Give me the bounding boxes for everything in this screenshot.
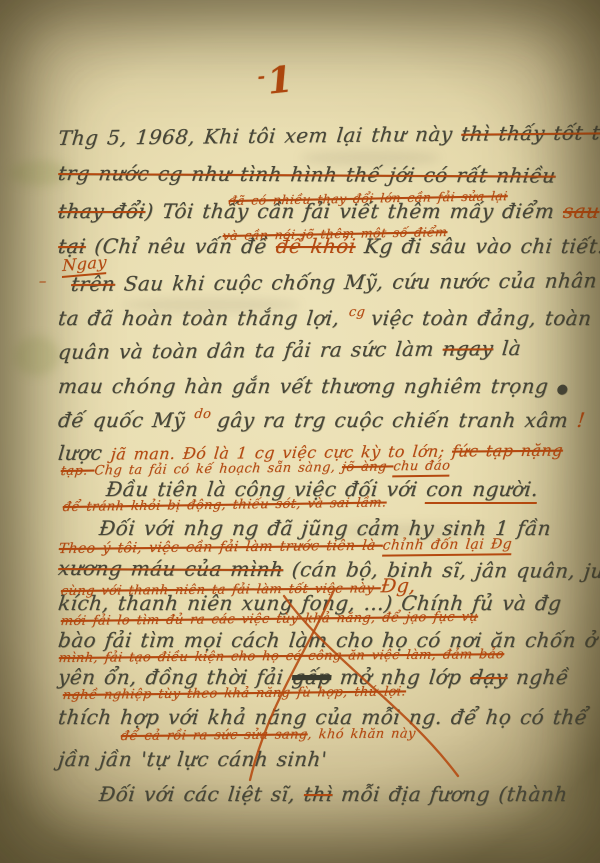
black-ink-segment: trên: [70, 272, 116, 296]
black-ink-segment: (Chỉ nêu vấn đề: [85, 234, 278, 258]
manuscript-line: đế quốc Mỹ do gây ra trg cuộc chiến tran…: [57, 408, 587, 432]
manuscript-line: nghề nghiệp tùy theo khả năng fù hợp, th…: [62, 684, 407, 703]
red-ink-segment: để cả rồi ra sức sửa sang: [120, 727, 308, 744]
black-ink-segment: việc toàn đảng, toàn: [370, 306, 593, 330]
manuscript-line: jần jần 'tự lực cánh sinh': [57, 747, 328, 771]
black-ink-segment: thay đổi: [57, 199, 147, 223]
paper-smudge: [14, 336, 60, 376]
manuscript-line: Đối với các liệt sĩ, thì mỗi địa fương (…: [98, 782, 569, 806]
red-ink-segment: để tránh khỏi bị động, thiếu sót, và sai…: [62, 495, 387, 515]
manuscript-line: trên Sau khi cuộc chống Mỹ, cứu nước của…: [70, 268, 600, 296]
manuscript-line: tại (Chỉ nêu vấn đề để khỏi Kg đi sâu và…: [57, 234, 600, 258]
black-ink-segment: ) Tôi thấy cần fải viết thêm mấy điểm: [144, 199, 564, 223]
black-ink-segment: jần jần 'tự lực cánh sinh': [57, 747, 328, 771]
black-ink-segment: Đối với các liệt sĩ,: [98, 782, 305, 806]
black-ink-segment: dạy: [469, 665, 509, 689]
black-ink-segment: gây ra trg cuộc chiến tranh xâm: [216, 408, 569, 432]
manuscript-line: quân và toàn dân ta fải ra sức làm ngay …: [57, 336, 522, 364]
black-ink-segment: con người.: [425, 477, 540, 504]
black-ink-segment: ●: [556, 382, 569, 397]
black-ink-segment: thì thấy tốt tùl: [460, 120, 600, 146]
red-ink-segment: nghề nghiệp tùy theo khả năng fù hợp, th…: [62, 684, 407, 703]
red-ink-segment: để khỏi: [275, 234, 357, 258]
manuscript-line: –: [38, 272, 48, 290]
black-ink-segment: là: [492, 336, 522, 360]
red-ink-segment: cg: [348, 305, 373, 320]
black-ink-segment: đế quốc Mỹ: [57, 408, 195, 432]
manuscript-line: mau chóng hàn gắn vết thương nghiêm trọn…: [57, 374, 570, 398]
red-ink-segment: sau: [562, 199, 600, 223]
red-ink-segment: chỉnh đốn lại Đg: [382, 536, 513, 556]
black-ink-segment: thì: [303, 782, 334, 806]
black-ink-segment: mau chóng hàn gắn vết thương nghiêm trọn…: [57, 374, 558, 398]
red-ink-segment: mình, fải tạo điều kiện cho họ có công ă…: [58, 647, 505, 666]
red-ink-segment: , khó khăn này: [307, 726, 417, 742]
red-ink-segment: mới fải lo tìm đủ ra các việc tùy khả nă…: [60, 610, 479, 629]
black-ink-segment: ngay: [442, 336, 495, 360]
black-ink-segment: trg nước cg như tình hình thế jới có rất…: [57, 161, 557, 188]
manuscript-line: mới fải lo tìm đủ ra các việc tùy khả nă…: [60, 610, 479, 629]
black-ink-segment: lược: [57, 441, 112, 465]
red-ink-segment: !: [567, 408, 587, 432]
red-ink-segment: Chg ta fải có kế hoạch sẵn sàng,: [94, 460, 343, 478]
red-ink-segment: Theo ý tôi, việc cần fải làm trước tiên …: [58, 538, 383, 557]
black-ink-segment: thích hợp với khả năng của mỗi ng. để họ…: [57, 705, 589, 729]
red-ink-segment: tạp.: [60, 464, 95, 479]
manuscript-line: để cả rồi ra sức sửa sang, khó khăn này: [120, 726, 416, 744]
page-number-dash: -: [256, 66, 266, 88]
manuscript-line: ta đã hoàn toàn thắng lợi, cg việc toàn …: [57, 306, 593, 330]
black-ink-segment: Thg 5, 1968, Khi tôi xem lại thư này: [57, 122, 462, 150]
manuscript-line: Theo ý tôi, việc cần fải làm trước tiên …: [58, 536, 513, 557]
black-ink-segment: Sau khi cuộc chống Mỹ, cứu nước của nhân…: [114, 268, 600, 296]
black-ink-segment: Kg đi sâu vào chi tiết.: [354, 234, 600, 258]
manuscript-line: để tránh khỏi bị động, thiếu sót, và sai…: [62, 495, 387, 515]
black-ink-segment: quân và toàn dân ta fải ra sức làm: [57, 337, 444, 364]
red-ink-segment: do: [194, 407, 219, 422]
manuscript-line: mình, fải tạo điều kiện cho họ có công ă…: [58, 647, 505, 666]
manuscript-line: Thg 5, 1968, Khi tôi xem lại thư này thì…: [57, 120, 600, 150]
red-ink-segment: –: [38, 272, 48, 290]
page-number-value: 1: [265, 58, 294, 102]
manuscript-line: thay đổi) Tôi thấy cần fải viết thêm mấy…: [57, 199, 600, 223]
red-ink-segment: jõ àng: [341, 459, 394, 475]
black-ink-segment: nghề: [506, 665, 570, 689]
manuscript-line: thích hợp với khả năng của mỗi ng. để họ…: [57, 705, 589, 729]
manuscript-photo: -1 Thg 5, 1968, Khi tôi xem lại thư này …: [0, 0, 600, 863]
manuscript-line: trg nước cg như tình hình thế jới có rất…: [57, 161, 557, 188]
black-ink-segment: ta đã hoàn toàn thắng lợi,: [57, 306, 349, 330]
red-ink-segment: fức tạp nặng: [451, 441, 564, 461]
black-ink-segment: mỗi địa fương (thành: [331, 782, 568, 806]
page-number: -1: [256, 58, 295, 103]
red-ink-segment: chu đáo: [392, 459, 451, 478]
